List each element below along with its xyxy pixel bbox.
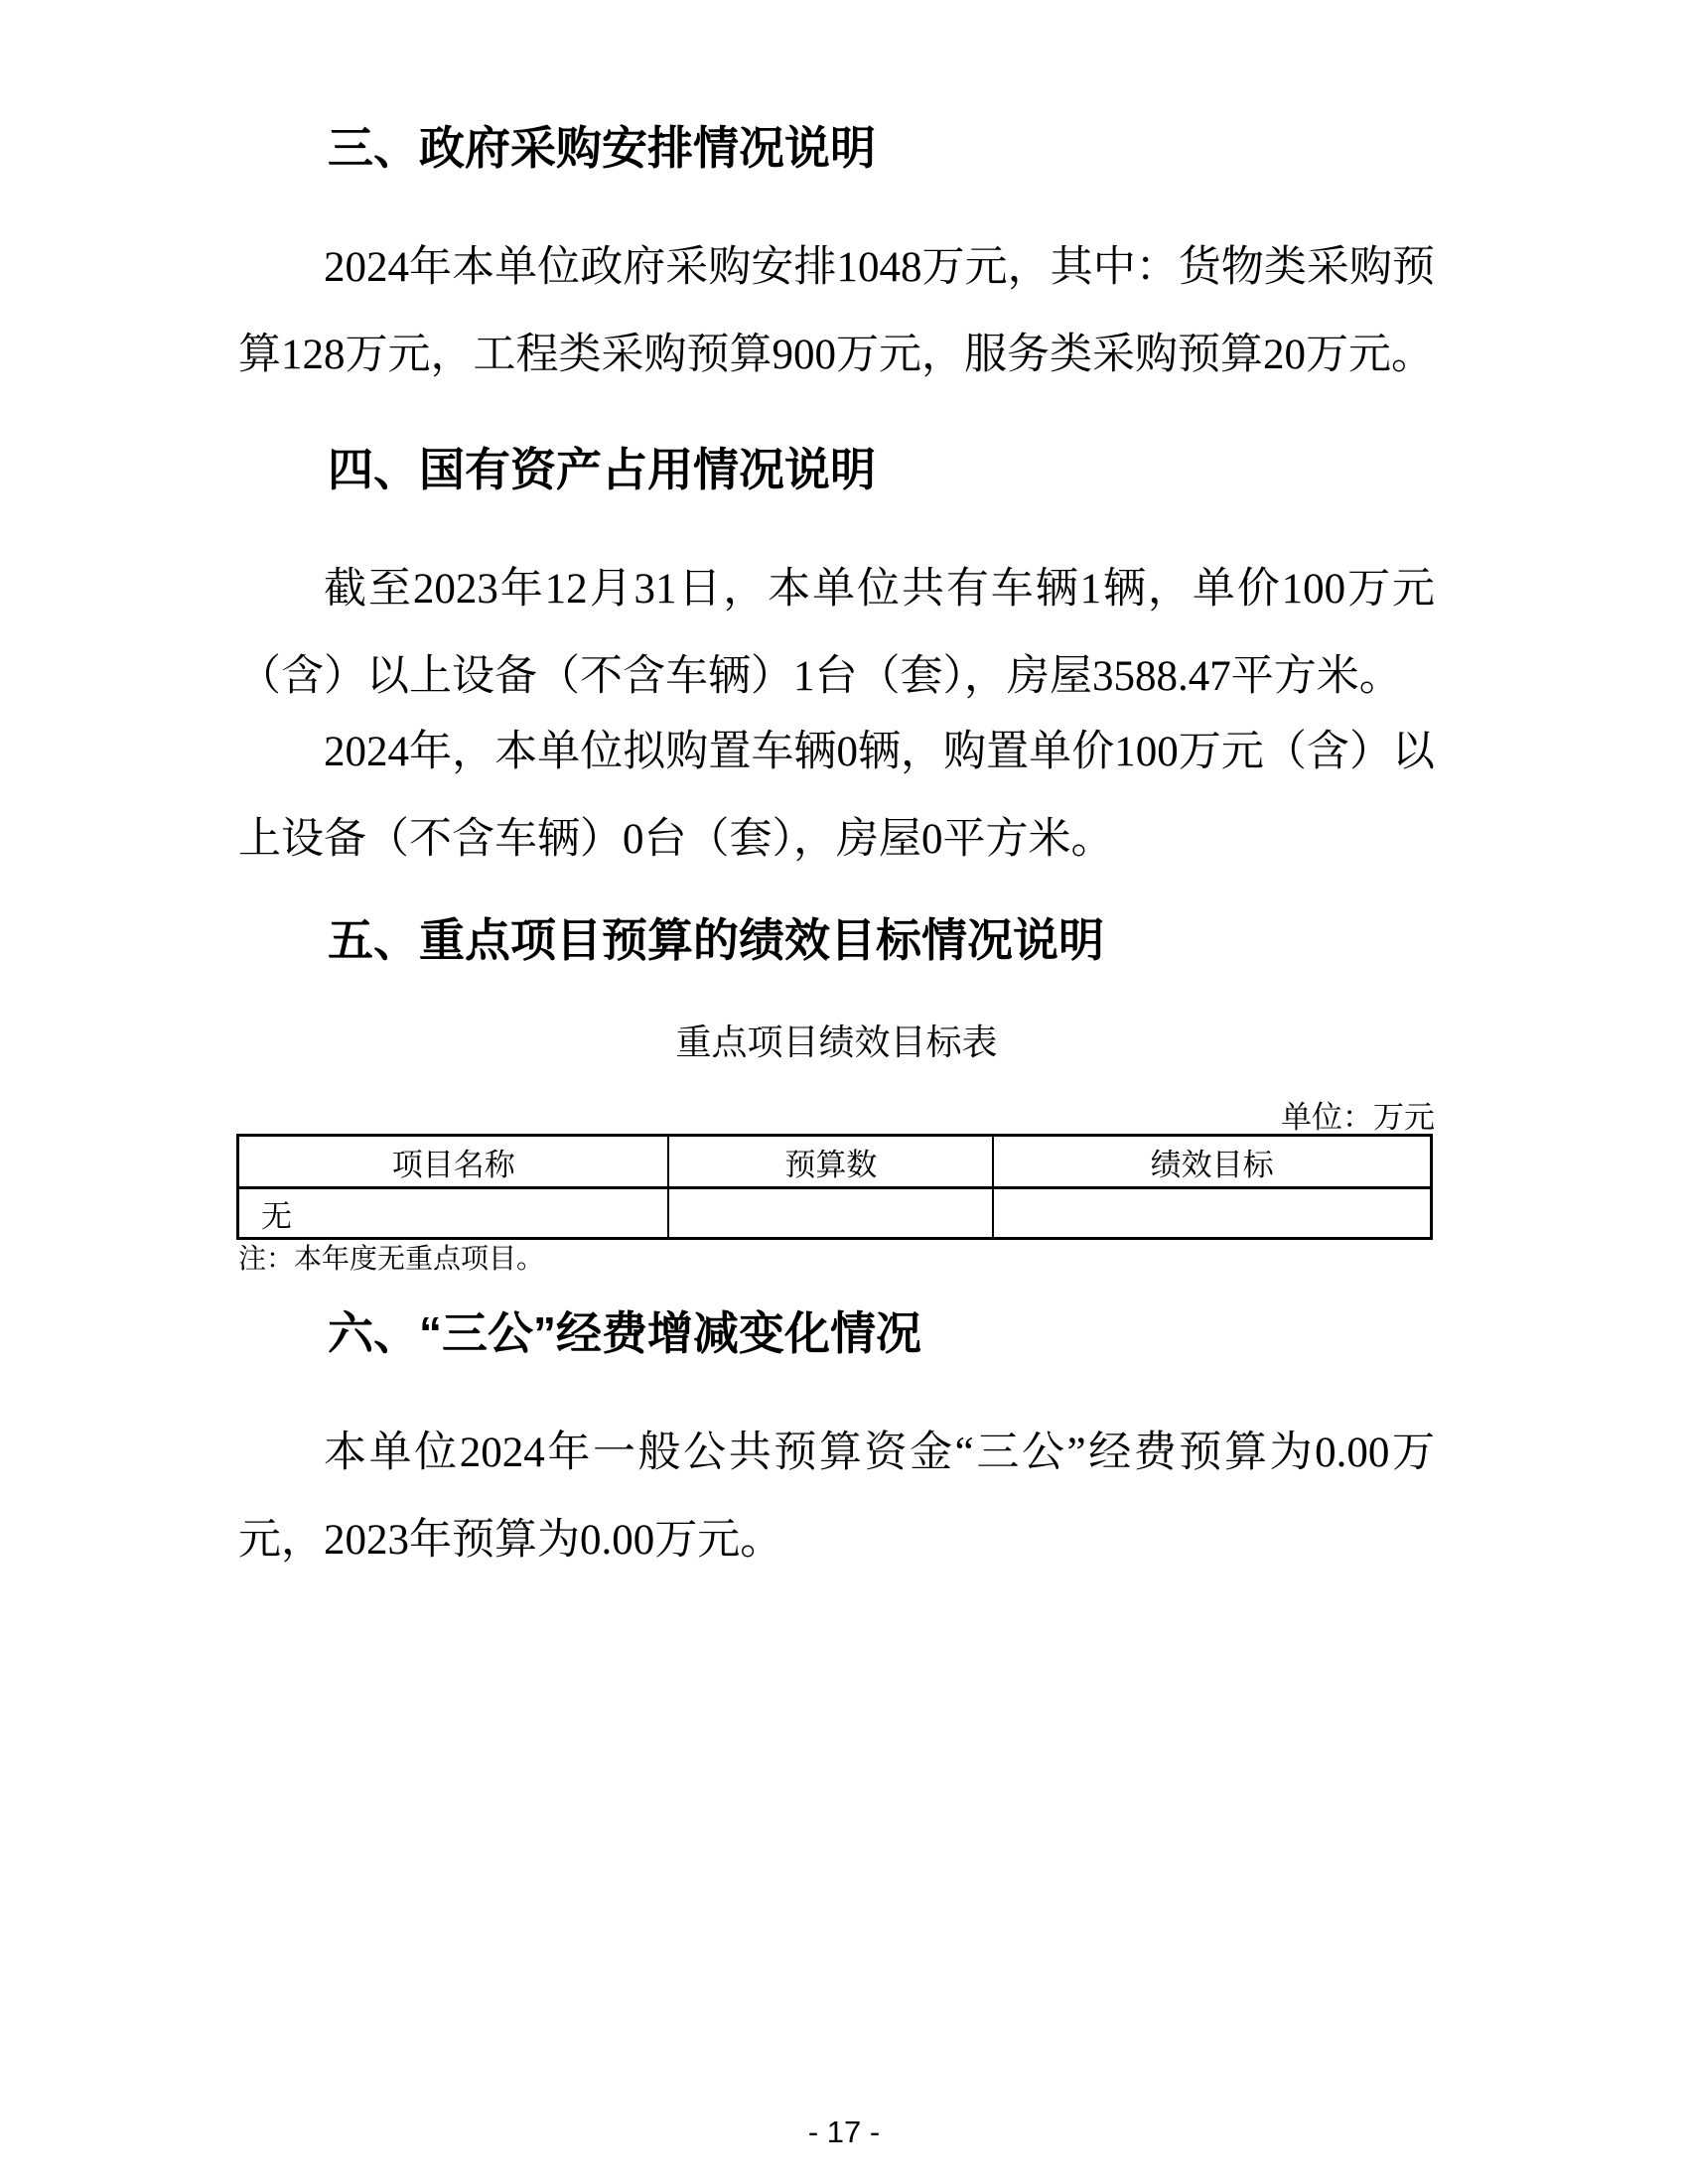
table-header-budget: 预算数 — [668, 1136, 993, 1188]
table-cell-budget — [668, 1188, 993, 1239]
paragraph-assets-2024: 2024年，本单位拟购置车辆0辆，购置单价100万元（含）以上设备（不含车辆）0… — [238, 709, 1435, 884]
section-heading-state-assets: 四、国有资产占用情况说明 — [238, 441, 1435, 498]
table-header-project-name: 项目名称 — [238, 1136, 669, 1188]
section-heading-key-projects: 五、重点项目预算的绩效目标情况说明 — [238, 911, 1435, 969]
table-header-row: 项目名称 预算数 绩效目标 — [238, 1136, 1432, 1188]
table-header-performance-target: 绩效目标 — [993, 1136, 1431, 1188]
table-cell-performance-target — [993, 1188, 1431, 1239]
unit-label: 单位：万元 — [238, 1092, 1435, 1137]
table-row: 无 — [238, 1188, 1432, 1239]
performance-table-title: 重点项目绩效目标表 — [238, 1015, 1435, 1065]
performance-target-table: 项目名称 预算数 绩效目标 无 — [236, 1134, 1433, 1240]
table-note: 注：本年度无重点项目。 — [238, 1237, 1435, 1277]
section-heading-government-procurement: 三、政府采购安排情况说明 — [238, 119, 1435, 177]
document-page: 三、政府采购安排情况说明 2024年本单位政府采购安排1048万元，其中：货物类… — [0, 0, 1688, 2184]
paragraph-procurement-detail: 2024年本单位政府采购安排1048万元，其中：货物类采购预算128万元，工程类… — [238, 224, 1435, 399]
page-number: - 17 - — [0, 2115, 1688, 2150]
paragraph-assets-2023: 截至2023年12月31日，本单位共有车辆1辆，单价100万元（含）以上设备（不… — [238, 546, 1435, 721]
paragraph-three-public-expenses: 本单位2024年一般公共预算资金“三公”经费预算为0.00万元，2023年预算为… — [238, 1410, 1435, 1584]
table-cell-project-name: 无 — [238, 1188, 669, 1239]
section-heading-three-public-expenses: 六、“三公”经费增减变化情况 — [238, 1304, 1435, 1362]
